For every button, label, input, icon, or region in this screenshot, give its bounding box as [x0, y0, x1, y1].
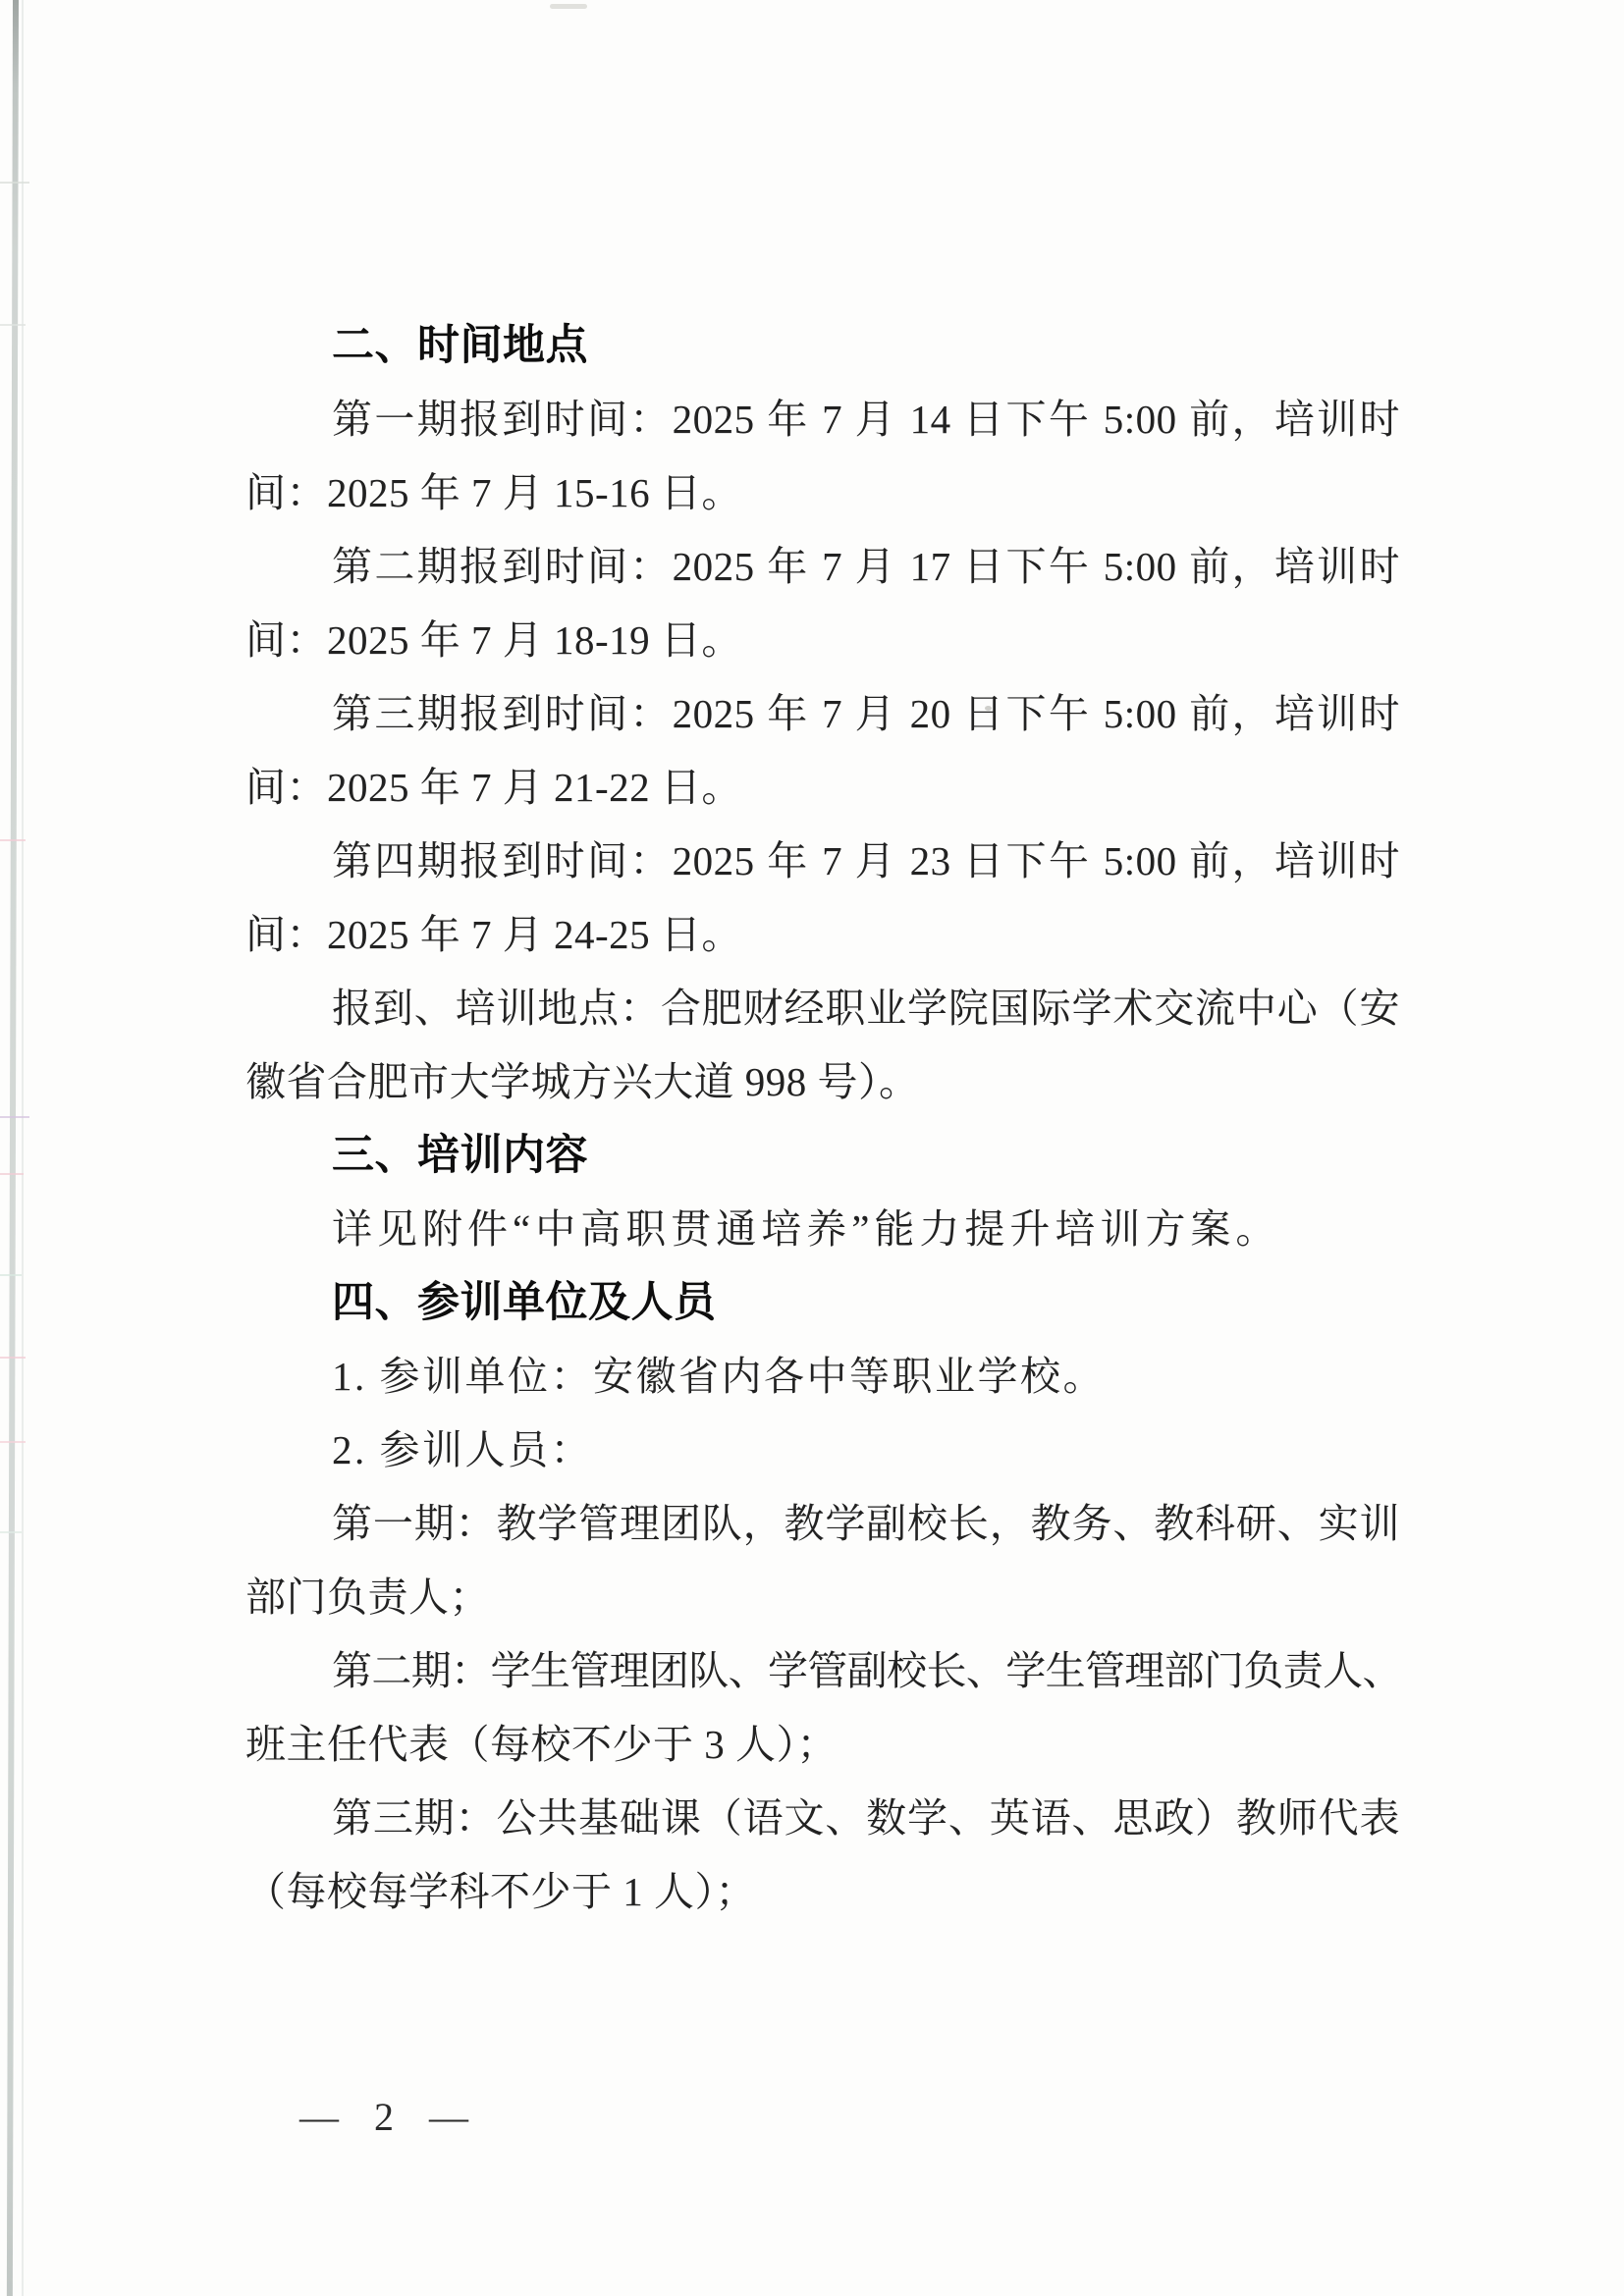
scan-artifact-tick [0, 1173, 24, 1175]
text-line: 第一期：教学管理团队，教学副校长，教务、教科研、实训 [245, 1487, 1400, 1561]
text-line: 间：2025 年 7 月 24-25 日。 [245, 898, 1400, 972]
scan-artifact-tick [0, 1274, 22, 1276]
scan-artifact-tick [0, 1116, 29, 1118]
scan-artifact-tick [0, 1441, 26, 1443]
scan-smudge [550, 4, 587, 9]
section-heading: 三、培训内容 [245, 1119, 1400, 1193]
scan-edge-line-secondary [22, 0, 24, 2296]
text-line: 第二期报到时间：2025 年 7 月 17 日下午 5:00 前，培训时 [245, 530, 1400, 604]
document-body: 二、时间地点第一期报到时间：2025 年 7 月 14 日下午 5:00 前，培… [245, 309, 1400, 1929]
text-line: 间：2025 年 7 月 21-22 日。 [245, 751, 1400, 825]
scan-artifact-tick [0, 839, 26, 841]
text-line: 报到、培训地点：合肥财经职业学院国际学术交流中心（安 [245, 972, 1400, 1045]
text-line: 间：2025 年 7 月 18-19 日。 [245, 604, 1400, 677]
document-page: 二、时间地点第一期报到时间：2025 年 7 月 14 日下午 5:00 前，培… [0, 0, 1624, 2296]
scan-artifact-tick [0, 1357, 26, 1359]
text-line: 1. 参训单位：安徽省内各中等职业学校。 [245, 1340, 1400, 1414]
text-line: 班主任代表（每校不少于 3 人）； [245, 1708, 1400, 1782]
text-line: 第三期：公共基础课（语文、数学、英语、思政）教师代表 [245, 1782, 1400, 1855]
scan-artifact-tick [0, 1531, 22, 1533]
text-line: 部门负责人； [245, 1561, 1400, 1634]
text-line: 第三期报到时间：2025 年 7 月 20 日下午 5:00 前，培训时 [245, 677, 1400, 751]
scan-artifact-tick [0, 324, 26, 326]
scan-artifact-tick [0, 182, 29, 184]
text-line: （每校每学科不少于 1 人）； [245, 1855, 1400, 1929]
page-number: — 2 — [299, 2094, 469, 2141]
section-heading: 二、时间地点 [245, 309, 1400, 383]
scan-edge-line [7, 0, 19, 2296]
text-line: 第一期报到时间：2025 年 7 月 14 日下午 5:00 前，培训时 [245, 383, 1400, 456]
text-line: 间：2025 年 7 月 15-16 日。 [245, 456, 1400, 530]
text-line: 详见附件“中高职贯通培养”能力提升培训方案。 [245, 1193, 1400, 1266]
text-line: 2. 参训人员： [245, 1414, 1400, 1487]
text-line: 第二期：学生管理团队、学管副校长、学生管理部门负责人、 [245, 1634, 1400, 1708]
section-heading: 四、参训单位及人员 [245, 1266, 1400, 1340]
text-line: 第四期报到时间：2025 年 7 月 23 日下午 5:00 前，培训时 [245, 825, 1400, 898]
text-line: 徽省合肥市大学城方兴大道 998 号）。 [245, 1045, 1400, 1119]
